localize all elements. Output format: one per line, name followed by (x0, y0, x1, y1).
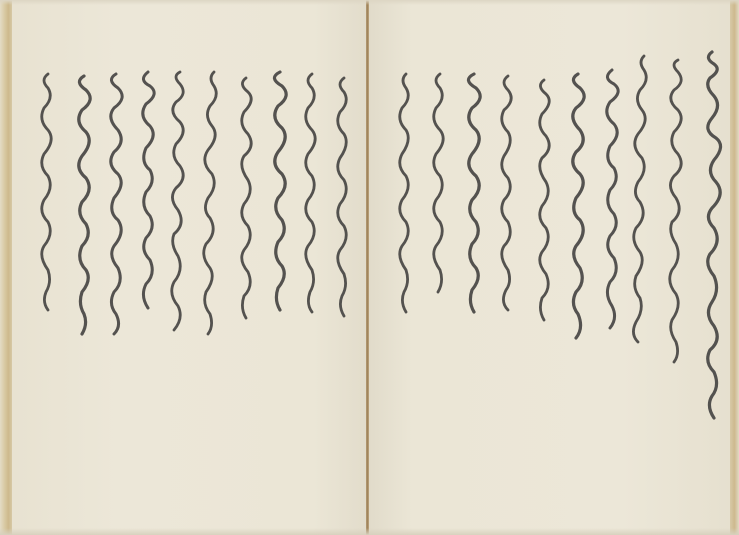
left-page-text (42, 72, 347, 334)
handwritten-text (0, 0, 739, 535)
right-page-text (400, 52, 721, 418)
open-book (0, 0, 739, 535)
